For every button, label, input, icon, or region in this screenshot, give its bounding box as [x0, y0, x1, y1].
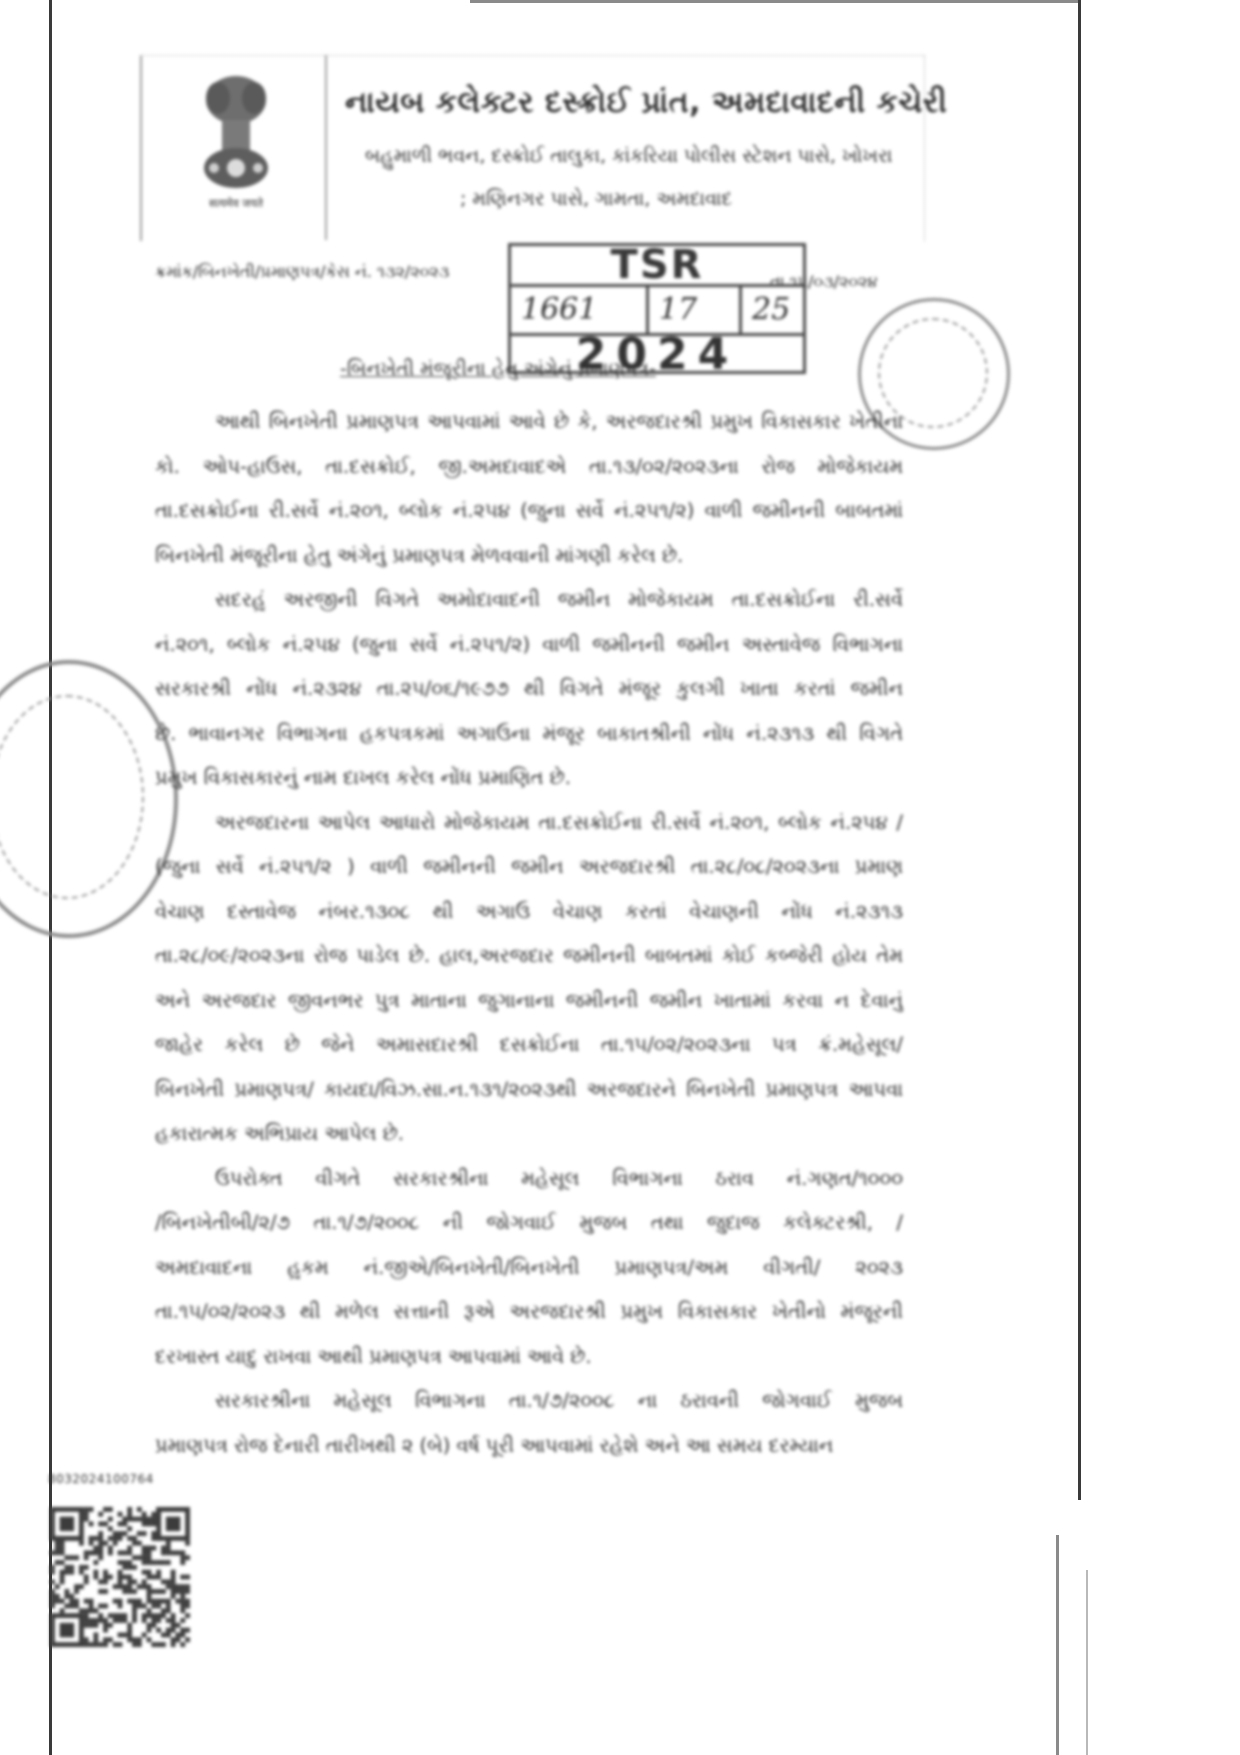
body-line: (જુના સર્વે નં.૨૫૧/૨ ) વાળી જમીનની જમીન … — [155, 855, 903, 878]
body-line: સરકારશ્રીના મહેસૂલ વિભાગના તા.૧/૭/૨૦૦૮ ન… — [215, 1389, 903, 1412]
page-right-edge-lower — [1056, 1535, 1059, 1755]
qr-code-icon — [50, 1506, 190, 1648]
tsr-stamp-day: 17 — [649, 287, 742, 333]
body-line: બિનખેતી મંજૂરીના હેતુ અંગેનું પ્રમાણપત્ર… — [155, 544, 903, 567]
body-line: પ્રમાણપત્ર રોજ દેનારી તારીખથી ૨ (બે) વર્… — [155, 1434, 903, 1457]
body-line: આથી બિનખેતી પ્રમાણપત્ર આપવામાં આવે છે કે… — [215, 410, 903, 433]
body-line: તા.૧૫/૦૨/૨૦૨૩ થી મળેલ સત્તાની રૂએ અરજદાર… — [155, 1300, 903, 1323]
body-line: દરખાસ્ત યાદુ રાખવા આથી પ્રમાણપત્ર આપવામા… — [155, 1345, 903, 1368]
tsr-stamp: TSR 1661 17 25 2024 — [508, 243, 806, 374]
body-line: પ્રમુખ વિકાસકારનું નામ દાખલ કરેલ નોંધ પ્… — [155, 766, 903, 789]
qr-reference-number: 8032024100764 — [48, 1472, 154, 1486]
office-address-line-2: ; મણિનગર પાસે, ગામતા, અમદાવાદ — [460, 188, 800, 210]
body-line: તા.દસક્રોઈના રી.સર્વે નં.૨૦૧, બ્લોક નં.૨… — [155, 499, 903, 522]
body-line: અરજદારના આપેલ આધારો મોજેકાયમ તા.દસક્રોઈન… — [215, 811, 903, 834]
body-line: અમદાવાદના હુકમ નં.જીએ/બિનખેતી/બિનખેતી પ્… — [155, 1256, 903, 1279]
body-line: જાહેર કરેલ છે જેને અમાસદારશ્રી દસક્રોઈના… — [155, 1033, 903, 1056]
body-line: વેચાણ દસ્તાવેજ નંબર.૧૩૦૮ થી અગાઉ વેચાણ ક… — [155, 900, 903, 923]
national-emblem-icon — [188, 70, 284, 210]
tsr-stamp-month: 25 — [742, 287, 803, 333]
emblem-caption: सत्यमेव जयते — [196, 196, 276, 211]
body-line: /બિનખેતીબી/૨/૭ તા.૧/૭/૨૦૦૮ ની જોગવાઈ મુજ… — [155, 1211, 903, 1234]
subject-line: -બિનખેતી મંજૂરીના હેતુ અંગેનું પ્રમાણપત્… — [340, 358, 656, 380]
office-address-line-1: બહુમાળી ભવન, દસ્ક્રોઈ તાલુકા, કાંકરિયા પ… — [365, 145, 905, 167]
page-right-edge-lower-2 — [1086, 1570, 1088, 1755]
body-line: હકારાત્મક અભિપ્રાય આપેલ છે. — [155, 1122, 903, 1145]
body-line: છે. ભાવાનગર વિભાગના હકપત્રકમાં અગાઉના મં… — [155, 722, 903, 745]
body-line: બિનખેતી પ્રમાણપત્ર/ કાયદા/વિઝ.સા.ન.૧૩૧/૨… — [155, 1078, 903, 1101]
body-line: નં.૨૦૧, બ્લોક નં.૨૫૪ (જુના સર્વે નં.૨૫૧/… — [155, 633, 903, 656]
body-line: ઉપરોક્ત વીગતે સરકારશ્રીના મહેસૂલ વિભાગના… — [215, 1167, 903, 1190]
body-line: સરકારશ્રી નોંધ નં.૨૩૨૪ તા.૨૫/૦૬/૧૯૭૭ થી … — [155, 677, 903, 700]
tsr-stamp-label: TSR — [511, 246, 803, 287]
body-line: અને અરજદાર જીવનભર પુત્ર માતાના જુગાનાના … — [155, 989, 903, 1012]
office-title: નાયબ કલેક્ટર દસ્ક્રોઈ પ્રાંત, અમદાવાદની … — [345, 85, 925, 120]
page-top-edge — [470, 0, 1080, 3]
body-line: તા.૨૮/૦૯/૨૦૨૩ના રોજ પાડેલ છે. હાલ,અરજદાર… — [155, 944, 903, 967]
body-line: કો. ઓપ-હાઉસ, તા.દસક્રોઈ, જી.અમદાવાદએ તા.… — [155, 455, 903, 478]
reference-number: ક્રમાંક/બિનખેતી/પ્રમાણપત્ર/કેસ નં. ૧૩૨/૨… — [155, 262, 449, 282]
body-line: સદરહું અરજીની વિગતે અમોદાવાદની જમીન મોજે… — [215, 588, 903, 611]
page-right-edge — [1078, 0, 1081, 1500]
tsr-stamp-number: 1661 — [511, 287, 649, 333]
